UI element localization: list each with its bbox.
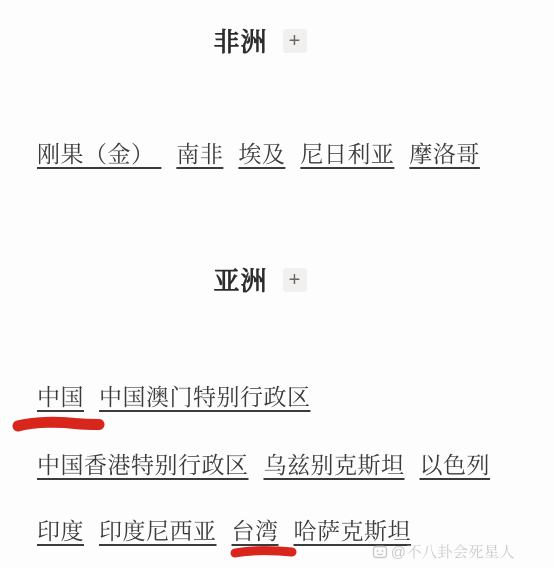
watermark: @不八卦会死星人: [372, 541, 515, 562]
asia-links-row-1: 中国 中国澳门特别行政区: [37, 384, 311, 412]
section-header-asia: 亚洲 +: [0, 261, 537, 298]
expand-asia-button[interactable]: +: [283, 268, 307, 292]
link-morocco[interactable]: 摩洛哥: [409, 141, 480, 169]
red-marker-underline-taiwan: [229, 544, 299, 560]
watermark-logo-icon: [372, 544, 388, 560]
region-list-page: 非洲 + 刚果（金） 南非 埃及 尼日利亚 摩洛哥 亚洲 + 中国 中国澳门特别…: [0, 0, 554, 568]
link-israel[interactable]: 以色列: [420, 452, 491, 480]
expand-africa-button[interactable]: +: [283, 29, 307, 53]
link-hongkong-sar[interactable]: 中国香港特别行政区: [37, 452, 249, 480]
link-uzbekistan[interactable]: 乌兹别克斯坦: [264, 452, 405, 480]
link-egypt[interactable]: 埃及: [238, 141, 285, 169]
link-india[interactable]: 印度: [37, 518, 84, 546]
asia-links-row-2: 中国香港特别行政区 乌兹别克斯坦 以色列: [37, 452, 490, 480]
section-header-africa: 非洲 +: [0, 22, 537, 59]
link-macau-sar[interactable]: 中国澳门特别行政区: [99, 384, 311, 412]
africa-links-row: 刚果（金） 南非 埃及 尼日利亚 摩洛哥: [37, 141, 480, 169]
link-congo-dr[interactable]: 刚果（金）: [37, 141, 161, 169]
link-china[interactable]: 中国: [37, 384, 84, 412]
section-title-africa: 非洲: [213, 22, 267, 59]
link-south-africa[interactable]: 南非: [176, 141, 223, 169]
asia-links-row-3: 印度 印度尼西亚 台湾 哈萨克斯坦: [37, 518, 411, 546]
link-taiwan[interactable]: 台湾: [232, 518, 279, 546]
section-title-asia: 亚洲: [213, 261, 267, 298]
link-nigeria[interactable]: 尼日利亚: [300, 141, 394, 169]
watermark-handle: @不八卦会死星人: [391, 541, 515, 562]
red-marker-underline-china: [11, 413, 107, 435]
link-indonesia[interactable]: 印度尼西亚: [99, 518, 217, 546]
